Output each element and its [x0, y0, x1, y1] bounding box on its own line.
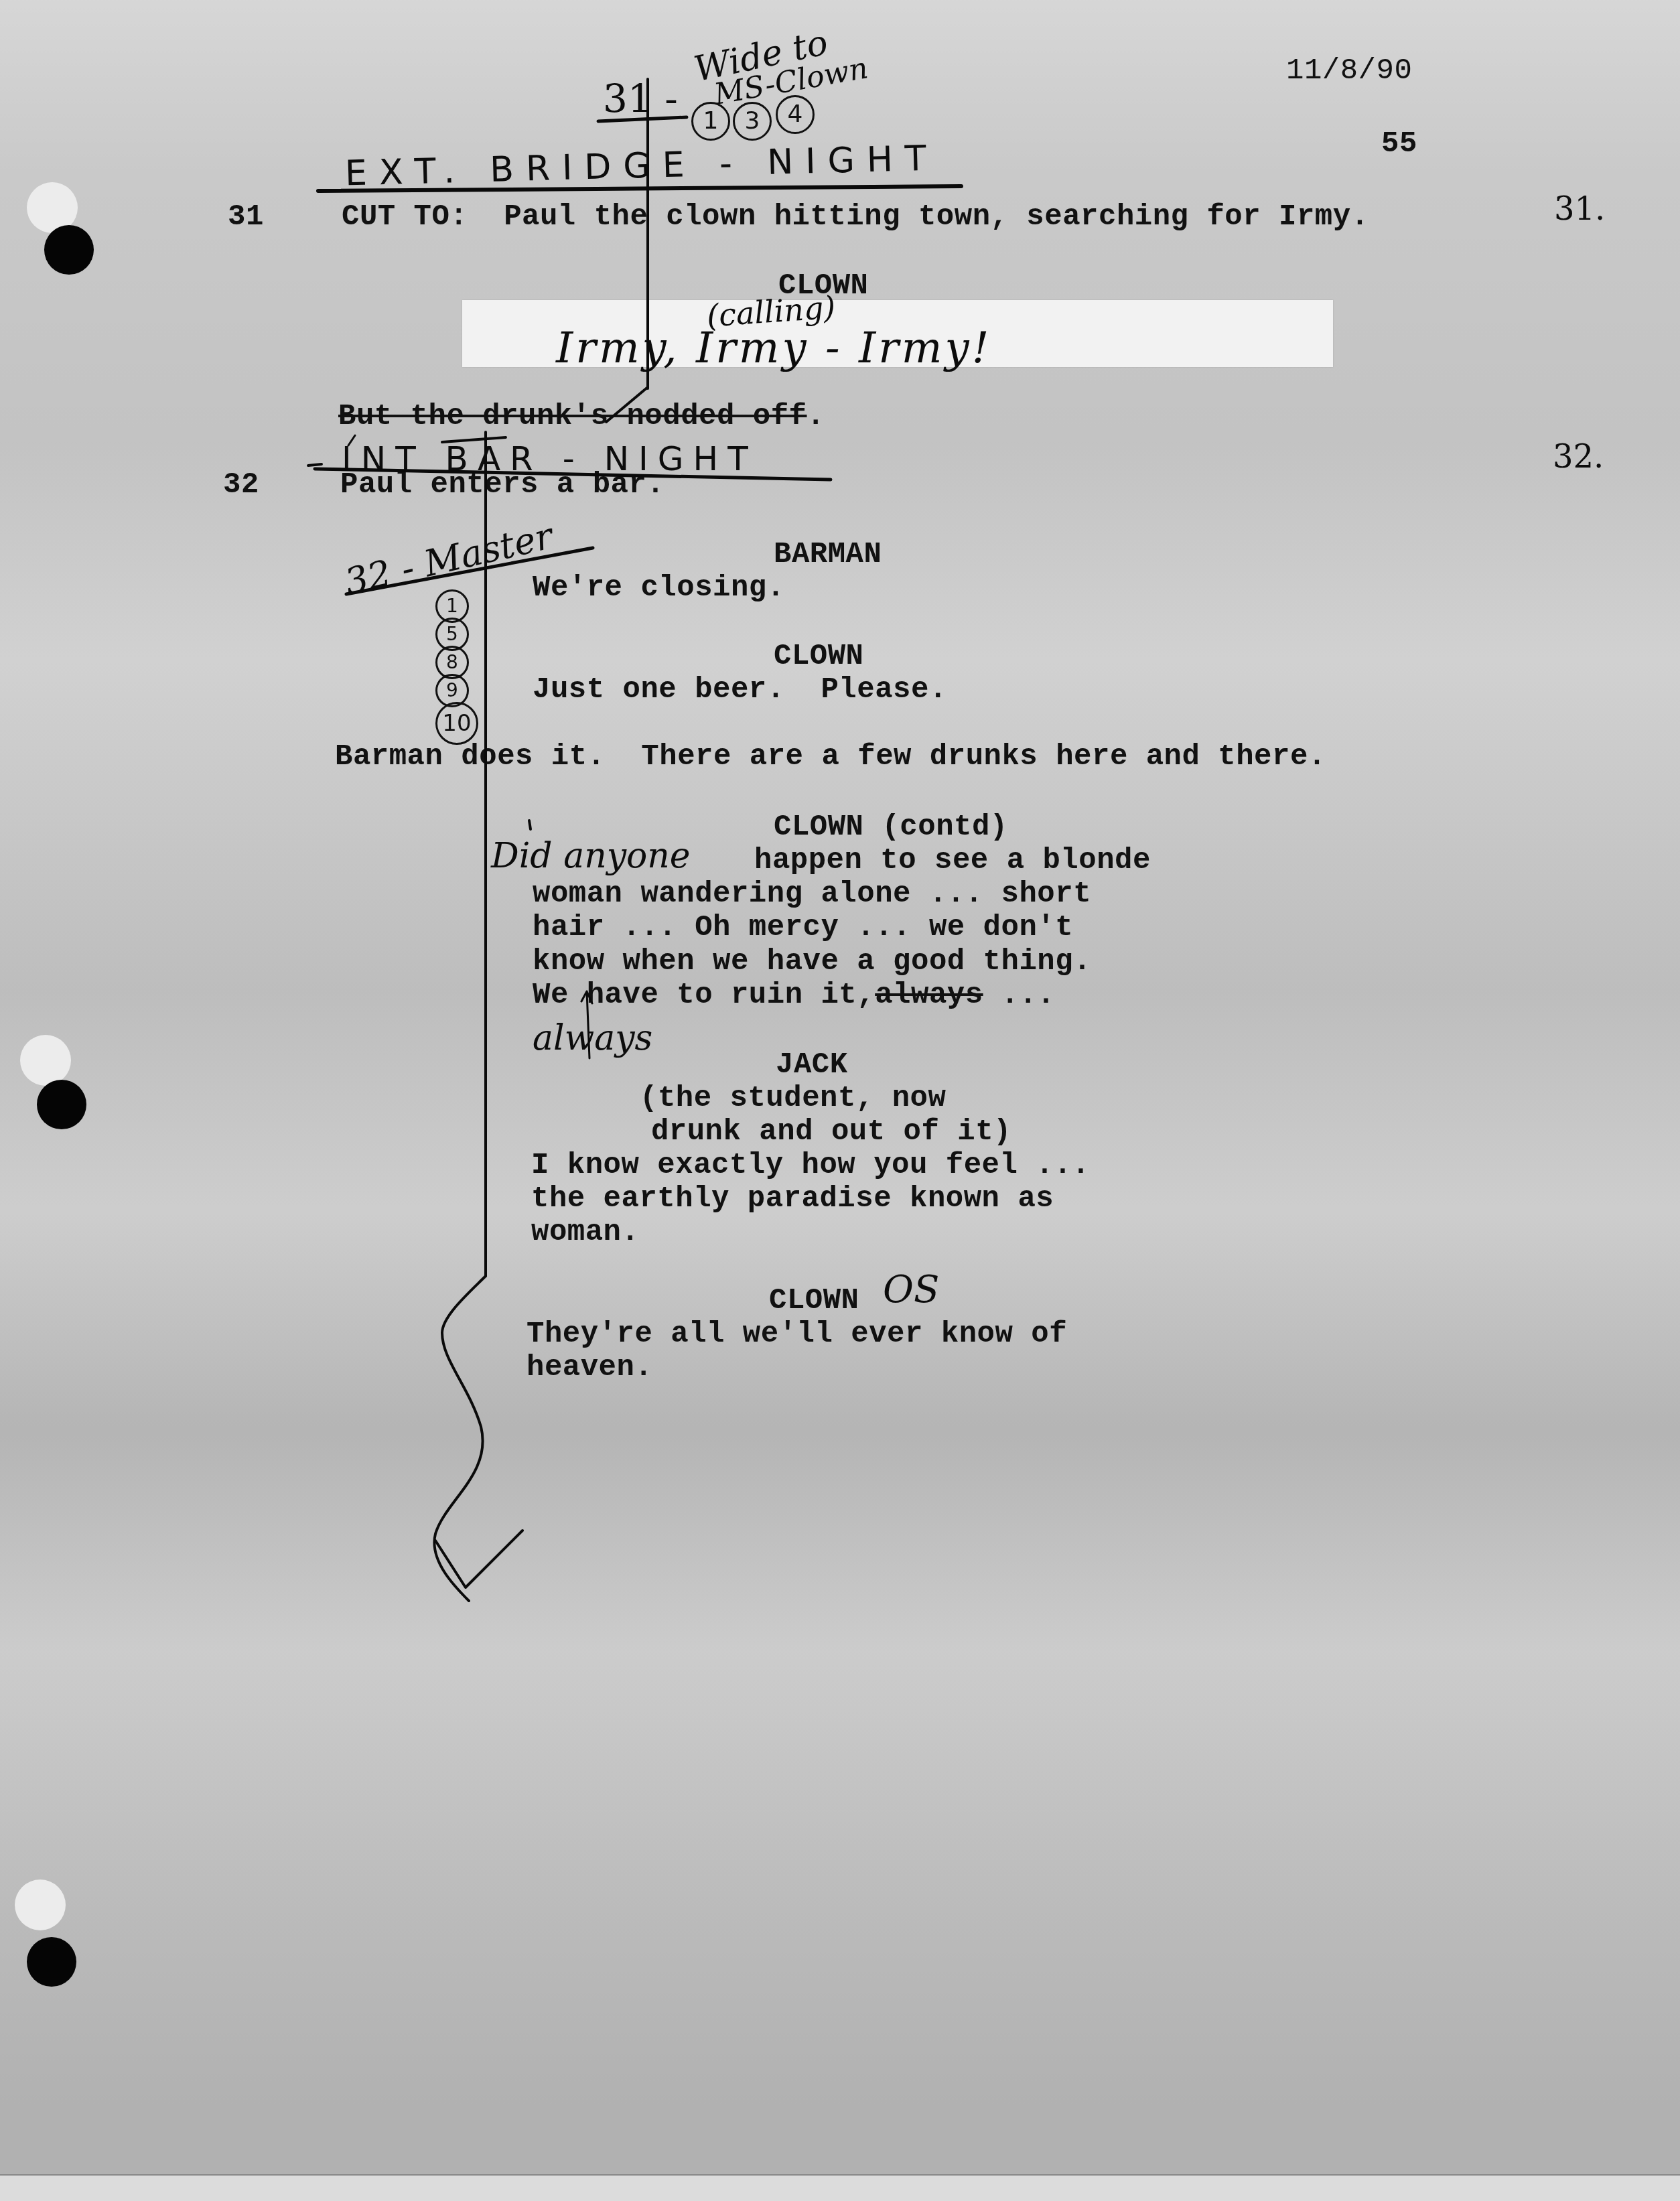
handwritten-line-marks [0, 0, 1680, 2201]
page-bottom-edge [0, 2174, 1680, 2201]
